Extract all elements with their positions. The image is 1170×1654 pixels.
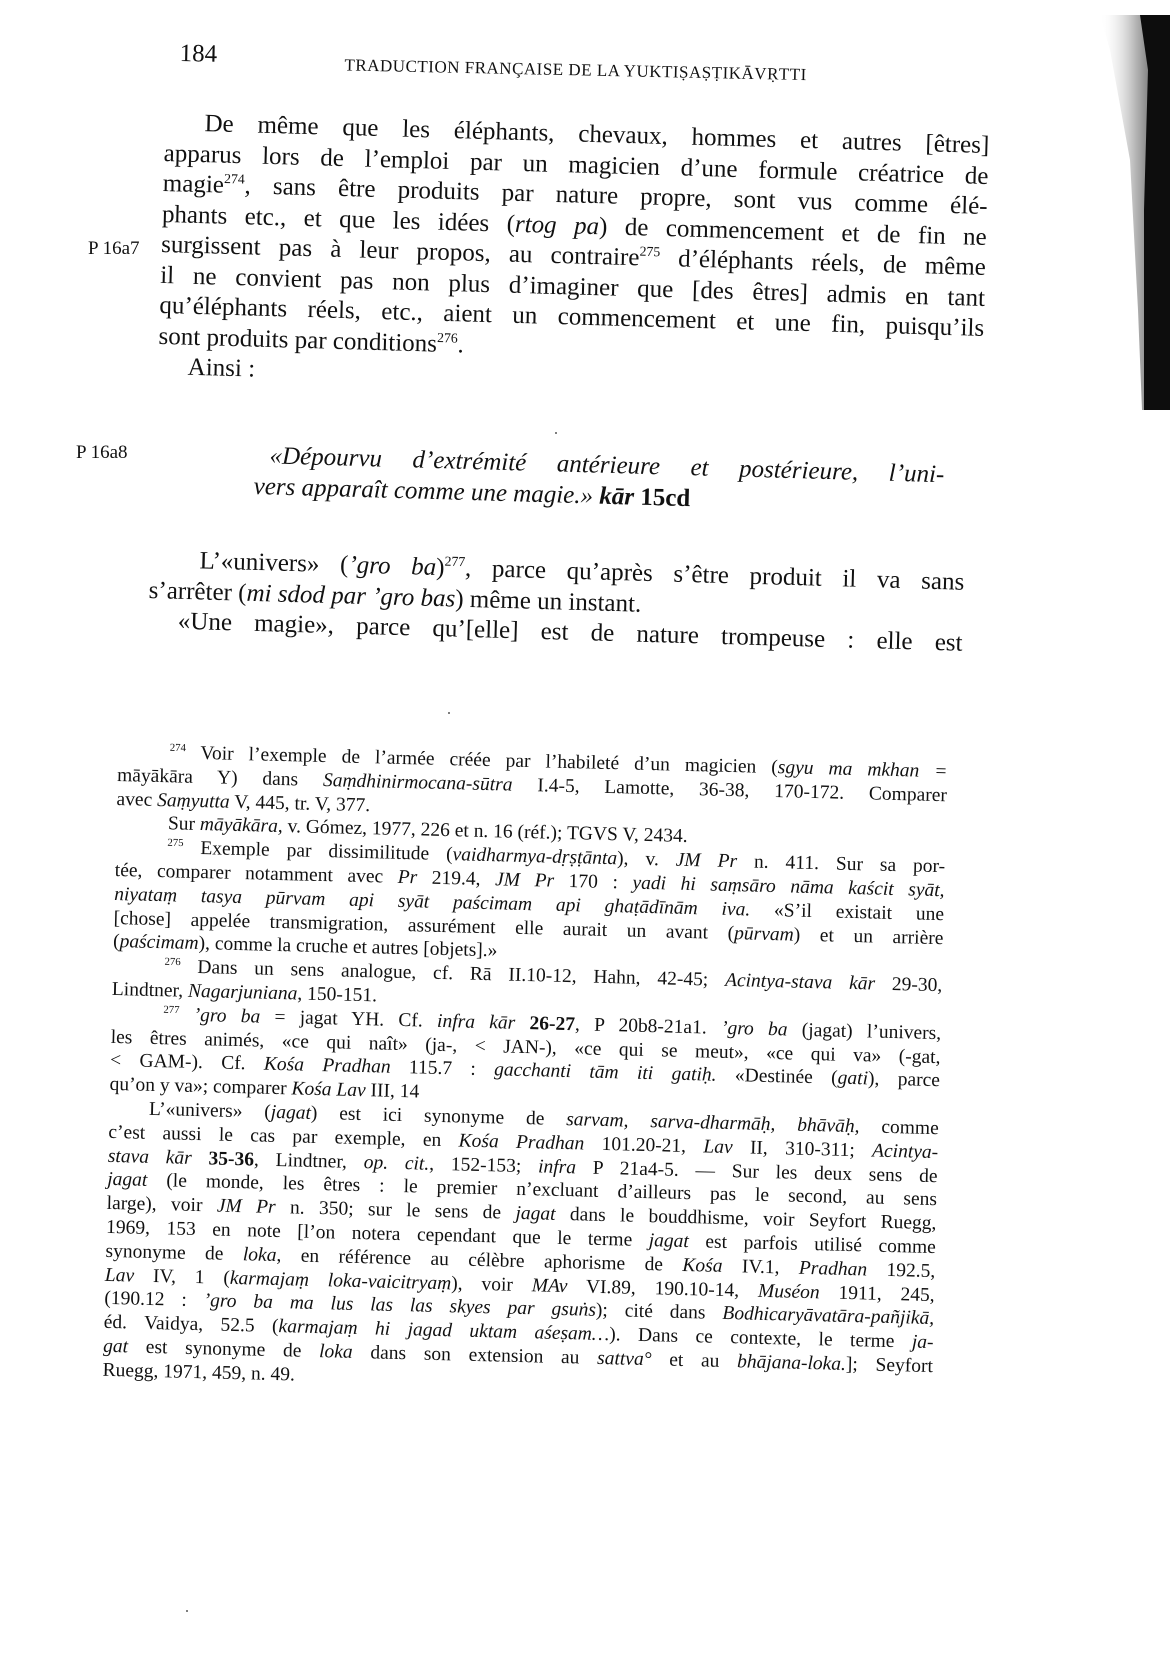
page-header: 184 TRADUCTION FRANÇAISE DE LA YUKTIṢAṢṬ… — [179, 40, 900, 95]
scan-speck — [448, 712, 450, 714]
margin-ref-p16a7: P 16a7 — [88, 238, 140, 260]
running-head: TRADUCTION FRANÇAISE DE LA YUKTIṢAṢṬIKĀV… — [344, 55, 807, 85]
footnote-ref-277[interactable]: 277 — [444, 554, 465, 570]
main-paragraph: De même que les éléphants, chevaux, homm… — [157, 108, 989, 405]
footnote-ref-275[interactable]: 275 — [639, 244, 660, 260]
scanned-page: 184 TRADUCTION FRANÇAISE DE LA YUKTIṢAṢṬ… — [0, 0, 1170, 1654]
page-number: 184 — [179, 40, 217, 69]
karika-number: 15cd — [640, 484, 691, 512]
footnotes: 274 Voir l’exemple de l’armée créée par … — [102, 740, 947, 1403]
scan-edge-shadow — [1100, 10, 1170, 410]
footnote-ref-274[interactable]: 274 — [224, 171, 245, 187]
scan-speck — [186, 1610, 188, 1612]
verse-quote: «Dépourvu d’extrémité antérieure et post… — [253, 440, 944, 521]
scan-speck — [555, 432, 557, 434]
commentary-paragraph: L’«univers» (’gro ba)277, parce qu’après… — [147, 545, 964, 659]
footnote-ref-276[interactable]: 276 — [437, 330, 458, 346]
karika-label: kār — [599, 483, 634, 511]
margin-ref-p16a8: P 16a8 — [76, 442, 128, 464]
